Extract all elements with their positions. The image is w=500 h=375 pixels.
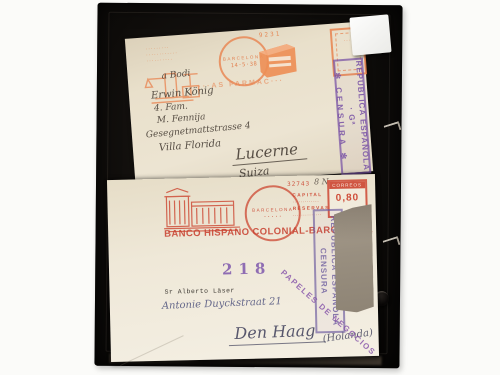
typed-addressee: Sr Alberto Läser (164, 287, 235, 296)
datestamp-city: BARCELONA (252, 206, 293, 212)
handwritten-line: M. Fennija (157, 112, 206, 126)
censor-tape (334, 204, 374, 313)
datestamp-date: ····· (263, 214, 282, 220)
handwritten-street: Antonie Duyckstraat 21 (162, 296, 282, 312)
cover-to-lucerne: ········· ············ ·········· BARCEL… (125, 21, 373, 188)
advert-line: ·········· (146, 56, 178, 64)
cover-to-den-haag: BARCELONA ····· 32743 8 N CAPITAL ······… (107, 174, 379, 362)
handwritten-line: Villa Florida (159, 138, 222, 154)
registry-number-stamp: 218 (222, 259, 272, 278)
censor-handstamp: REPUBLICA ESPAÑOLA · Gª ✻ CENSURA ✻ (333, 58, 371, 176)
white-label (349, 14, 391, 55)
meter-advert-text: ········· ············ ·········· (145, 44, 178, 64)
meter-number: 32743 (287, 180, 310, 188)
photo-of-covers: ········· ············ ·········· BARCEL… (0, 0, 500, 375)
handwritten-city: Den Haag (228, 320, 326, 346)
meter-stamp-header: CORREOS (329, 181, 365, 189)
meter-stamp-value: 0,80 (329, 192, 365, 204)
handwritten-city: Lucerne (231, 139, 307, 166)
